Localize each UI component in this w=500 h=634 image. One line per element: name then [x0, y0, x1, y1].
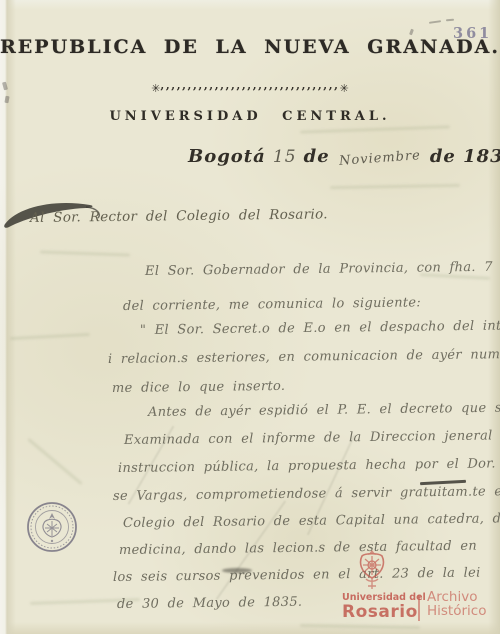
pencil-mark	[429, 20, 441, 24]
watermark-archivo: Archivo	[427, 590, 486, 604]
letter-line: de 30 de Mayo de 1835.	[117, 595, 302, 612]
rosario-crest-icon	[352, 548, 392, 592]
letter-line: Colegio del Rosario de esta Capital una …	[123, 511, 500, 531]
letter-line: se Vargas, comprometiendose á servir gra…	[113, 484, 500, 504]
ornament-end-right: ✳	[340, 82, 349, 95]
university-seal	[26, 501, 78, 553]
letter-line: los seis cursos prevenidos en el art. 23…	[113, 566, 481, 585]
showthrough-mark	[10, 333, 90, 340]
pencil-mark	[409, 29, 414, 36]
dateline-month-handwritten: Noviembre	[338, 148, 421, 169]
institution-title: UNIVERSIDAD CENTRAL.	[0, 109, 500, 124]
dateline-day-handwritten: 15	[273, 147, 297, 167]
pencil-mark	[446, 19, 454, 22]
showthrough-mark	[300, 125, 450, 133]
showthrough-mark	[27, 438, 83, 485]
republic-title: REPUBLICA DE LA NUEVA GRANADA.	[0, 36, 500, 58]
letter-line: i relacion.s esteriores, en comunicacion…	[108, 347, 500, 367]
watermark-historico: Histórico	[427, 604, 486, 618]
letter-line: Antes de ayér espidió el P. E. el decret…	[148, 400, 500, 420]
letter-line: me dice lo que inserto.	[112, 379, 286, 396]
ink-smudge	[222, 568, 252, 573]
letter-line: Examinada con el informe de la Direccion…	[124, 428, 500, 448]
showthrough-mark	[40, 250, 130, 256]
document-scan: 361 REPUBLICA DE LA NUEVA GRANADA. ✳,,,,…	[0, 0, 500, 634]
letter-addressee: Al Sor. Rector del Colegio del Rosario.	[30, 206, 328, 226]
letter-line: medicina, dando las lecion.s de esta fac…	[119, 539, 477, 558]
watermark-divider	[418, 595, 420, 621]
dateline-de: de	[304, 146, 330, 167]
letter-line: del corriente, me comunica lo siguiente:	[123, 295, 421, 314]
dateline: Bogotá 15 de Noviembre de 1837.	[188, 146, 500, 167]
dateline-year-prefix: de 183	[430, 146, 500, 167]
ornament-pattern: ,,,,,,,,,,,,,,,,,,,,,,,,,,,,,,,,,	[160, 79, 339, 92]
watermark-archivo-historico: Archivo Histórico	[427, 590, 486, 618]
watermark-rosario: Rosario	[342, 602, 418, 622]
letter-line: instruccion pública, la propuesta hecha …	[118, 456, 500, 476]
showthrough-mark	[330, 184, 460, 189]
showthrough-mark	[300, 624, 420, 629]
letter-line: " El Sor. Secret.o de E.o en el despacho…	[140, 318, 500, 338]
ornament-divider: ✳,,,,,,,,,,,,,,,,,,,,,,,,,,,,,,,,,✳	[0, 78, 500, 97]
dateline-city: Bogotá	[188, 146, 266, 167]
